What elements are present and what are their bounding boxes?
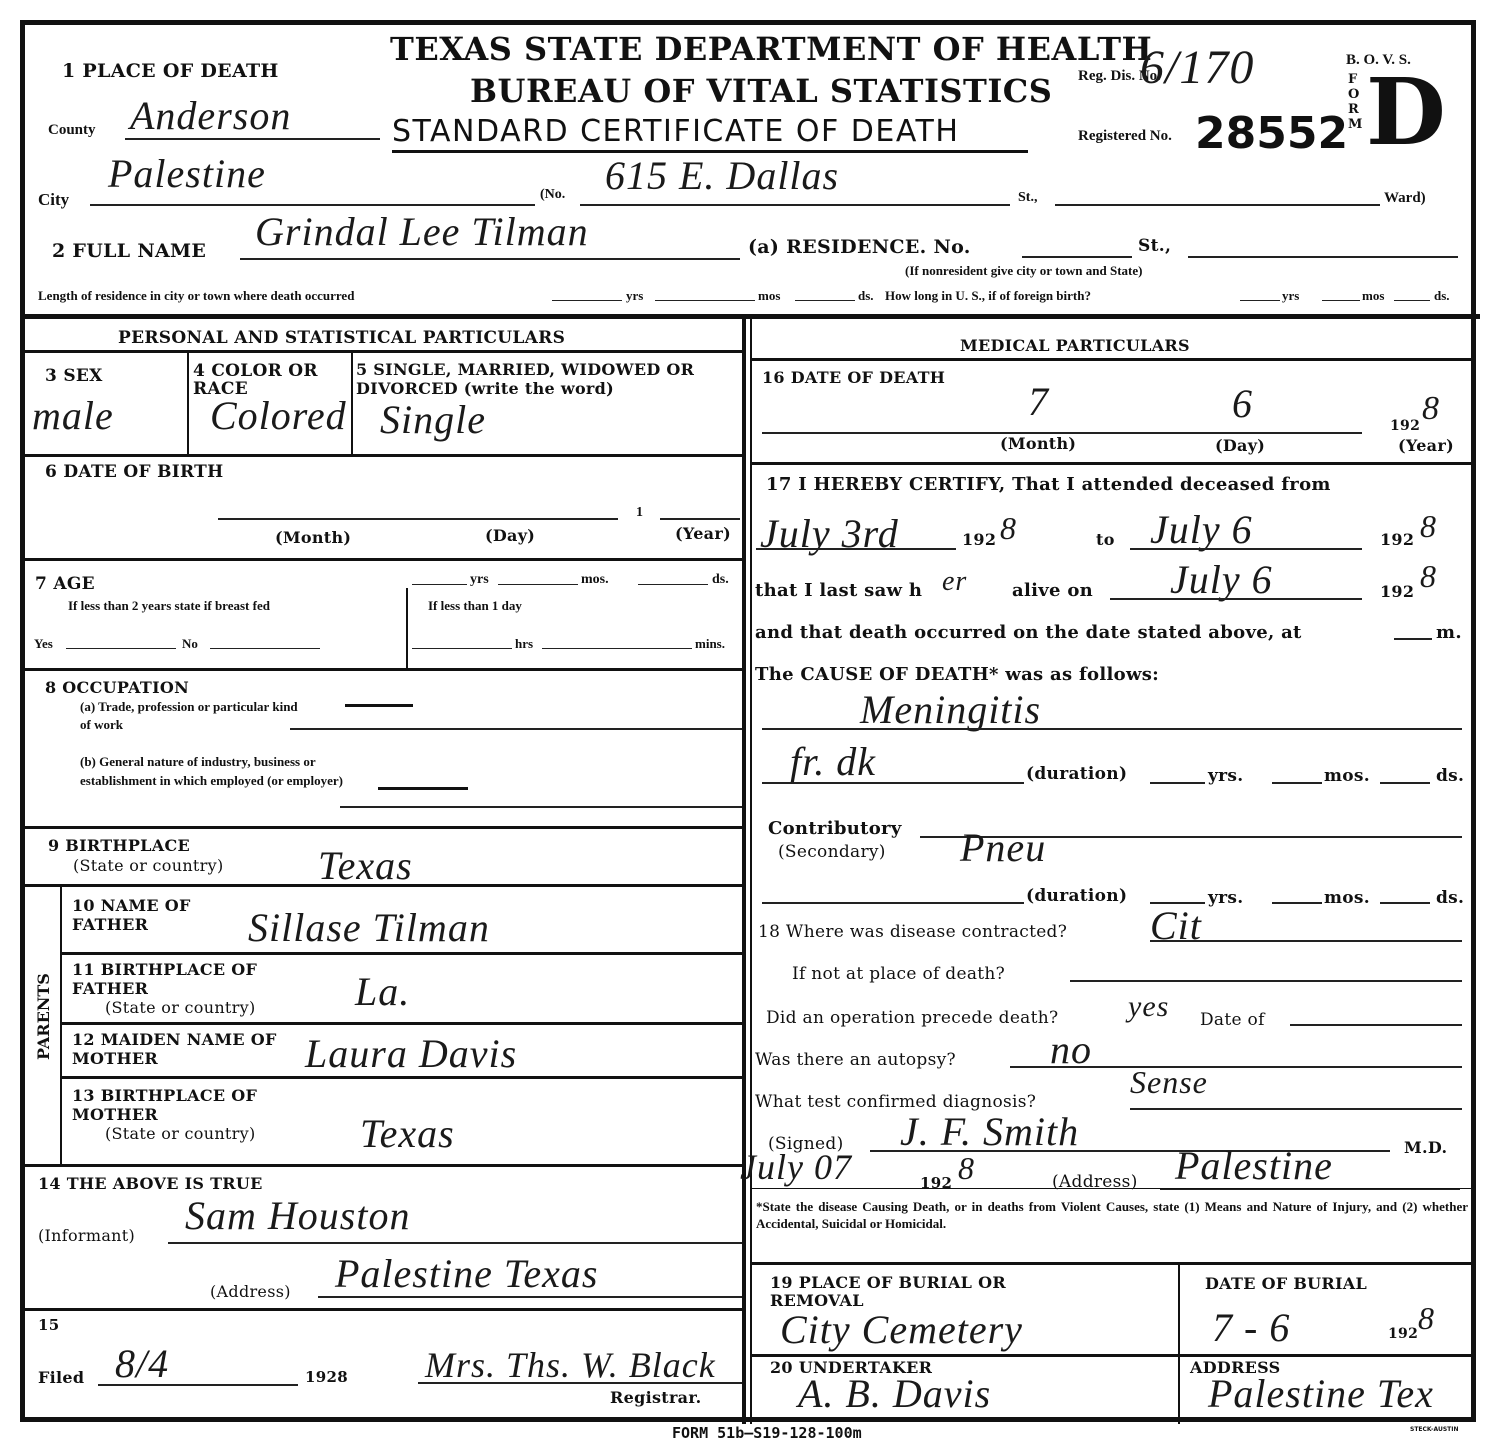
breast-fed-no-label: No [182, 636, 198, 652]
registered-number: 28552 [1195, 108, 1348, 159]
contrib-ds-label: ds. [1436, 888, 1464, 908]
full-name-label: 2 FULL NAME [52, 240, 206, 262]
form-letter: D [1366, 66, 1446, 158]
printer-mark: STECK-AUSTIN [1410, 1426, 1459, 1433]
st-label: St., [1018, 190, 1037, 206]
age-label: 7 AGE [35, 574, 95, 594]
foreign-birth-label: How long in U. S., if of foreign birth? [885, 288, 1091, 304]
to-year-prefix: 192 [1380, 530, 1414, 549]
filed-year: 1928 [305, 1368, 348, 1386]
father-birthplace-label: 11 BIRTHPLACE OF FATHER [72, 960, 272, 998]
attended-to-value[interactable]: July 6 [1150, 506, 1253, 553]
contrib-duration-label: (duration) [1026, 886, 1127, 906]
occupation-b-value[interactable] [378, 787, 468, 790]
medical-section-title: MEDICAL PARTICULARS [960, 336, 1190, 355]
certify-text: 17 I HEREBY CERTIFY, That I attended dec… [766, 474, 1331, 495]
title-bureau: BUREAU OF VITAL STATISTICS [470, 72, 1052, 110]
not-at-place-label: If not at place of death? [792, 964, 1005, 984]
birthplace-label: 9 BIRTHPLACE [48, 836, 190, 855]
father-name-value[interactable]: Sillase Tilman [248, 904, 490, 951]
to-year-value[interactable]: 8 [1420, 508, 1437, 545]
occupation-a-label: (a) Trade, profession or particular kind… [80, 698, 310, 734]
dod-year-value[interactable]: 8 [1422, 390, 1440, 428]
occupation-a-value[interactable] [345, 704, 413, 707]
physician-address-value[interactable]: Palestine [1175, 1142, 1333, 1189]
contrib-mos-label: mos. [1324, 888, 1370, 908]
dod-year-caption: (Year) [1398, 436, 1454, 455]
county-value[interactable]: Anderson [130, 92, 291, 139]
cause-mos-label: mos. [1324, 766, 1370, 786]
registrar-signature[interactable]: Mrs. Ths. W. Black [425, 1344, 716, 1386]
form-code: FORM 51b—S19-128-100m [672, 1424, 862, 1442]
father-name-label: 10 NAME OF FATHER [72, 896, 252, 934]
filed-number: 15 [38, 1316, 59, 1334]
test-value[interactable]: Sense [1130, 1064, 1208, 1101]
residence-st-label: St., [1138, 236, 1171, 256]
burial-year-prefix: 192 [1388, 1326, 1418, 1342]
age-yrs-label: yrs [470, 572, 489, 588]
contributory-label: Contributory [768, 818, 902, 839]
dob-label: 6 DATE OF BIRTH [45, 462, 223, 482]
foreign-ds-label: ds. [1434, 288, 1450, 304]
above-true-label: 14 THE ABOVE IS TRUE [38, 1174, 263, 1193]
burial-place-label: 19 PLACE OF BURIAL OR REMOVAL [770, 1274, 1090, 1310]
hrs-label: hrs [515, 636, 533, 652]
reg-dis-value: 6/170 [1140, 40, 1254, 95]
secondary-label: (Secondary) [778, 842, 886, 862]
contributory-value[interactable]: Pneu [960, 824, 1046, 871]
sex-label: 3 SEX [45, 366, 103, 386]
autopsy-label: Was there an autopsy? [755, 1050, 956, 1070]
last-saw-text: that I last saw h [755, 580, 922, 601]
breast-fed-yes-label: Yes [34, 636, 53, 652]
foreign-mos-label: mos [1362, 288, 1384, 304]
city-value[interactable]: Palestine [108, 150, 266, 197]
city-label: City [38, 190, 69, 210]
father-birthplace-sub: (State or country) [105, 998, 256, 1017]
operation-value[interactable]: yes [1128, 990, 1169, 1024]
alive-on-value[interactable]: July 6 [1170, 556, 1273, 603]
burial-year-value[interactable]: 8 [1418, 1300, 1435, 1337]
to-label: to [1096, 530, 1115, 549]
signed-date-value[interactable]: July 07 [740, 1146, 852, 1188]
cause-line2-value[interactable]: fr. dk [790, 738, 876, 785]
undertaker-value[interactable]: A. B. Davis [798, 1370, 991, 1417]
informant-label: (Informant) [38, 1226, 135, 1245]
death-occurred-text: and that death occurred on the date stat… [755, 622, 1302, 643]
mins-label: mins. [695, 636, 725, 652]
burial-date-label: DATE OF BURIAL [1205, 1274, 1367, 1293]
sex-value[interactable]: male [32, 392, 114, 439]
marital-label: 5 SINGLE, MARRIED, WIDOWED OR DIVORCED (… [356, 360, 744, 398]
registered-label: Registered No. [1078, 128, 1172, 145]
undertaker-address-value[interactable]: Palestine Tex [1208, 1370, 1434, 1417]
burial-date-value[interactable]: 7 - 6 [1212, 1304, 1290, 1351]
cause-duration-label: (duration) [1026, 764, 1127, 784]
dod-day-caption: (Day) [1215, 436, 1265, 455]
dod-label: 16 DATE OF DEATH [762, 368, 945, 387]
md-label: M.D. [1404, 1138, 1447, 1157]
father-birthplace-value[interactable]: La. [355, 968, 410, 1015]
dob-year-caption: (Year) [675, 524, 731, 543]
occupation-b-label: (b) General nature of industry, business… [80, 752, 360, 790]
death-time-m-label: m. [1436, 622, 1462, 643]
date-of-label: Date of [1200, 1010, 1265, 1030]
ward-label: Ward) [1384, 190, 1426, 207]
length-ds-label: ds. [858, 288, 874, 304]
physician-signature[interactable]: J. F. Smith [900, 1108, 1079, 1155]
signed-year-prefix: 192 [920, 1174, 952, 1192]
age-ds-label: ds. [712, 572, 729, 588]
cause-ds-label: ds. [1436, 766, 1464, 786]
cause-value[interactable]: Meningitis [860, 686, 1041, 733]
cause-yrs-label: yrs. [1208, 766, 1244, 786]
marital-value[interactable]: Single [380, 396, 486, 443]
dod-month-caption: (Month) [1000, 434, 1076, 453]
breast-fed-label: If less than 2 years state if breast fed [68, 598, 270, 614]
physician-address-label: (Address) [1052, 1172, 1138, 1192]
race-value[interactable]: Colored [210, 392, 347, 439]
informant-address-value[interactable]: Palestine Texas [335, 1250, 599, 1297]
cause-footnote: *State the disease Causing Death, or in … [756, 1198, 1468, 1232]
full-name-value[interactable]: Grindal Lee Tilman [255, 208, 589, 255]
informant-value[interactable]: Sam Houston [185, 1192, 410, 1239]
from-year-prefix: 192 [962, 530, 996, 549]
alive-year-value[interactable]: 8 [1420, 558, 1437, 595]
no-label: (No. [540, 187, 565, 203]
dod-year-prefix: 192 [1390, 418, 1420, 434]
length-residence-label: Length of residence in city or town wher… [38, 288, 354, 304]
title-certificate: STANDARD CERTIFICATE OF DEATH [392, 114, 959, 149]
mother-name-label: 12 MAIDEN NAME OF MOTHER [72, 1030, 292, 1068]
mother-birthplace-value[interactable]: Texas [360, 1110, 455, 1157]
dob-month-caption: (Month) [275, 528, 351, 547]
nonresident-note: (If nonresident give city or town and St… [905, 263, 1143, 279]
mother-birthplace-sub: (State or country) [105, 1124, 256, 1143]
cause-label: The CAUSE OF DEATH* was as follows: [755, 664, 1159, 685]
q18-label: 18 Where was disease contracted? [758, 922, 1067, 942]
less-one-day-label: If less than 1 day [428, 598, 522, 614]
length-mos-label: mos [758, 288, 780, 304]
mother-name-value[interactable]: Laura Davis [305, 1030, 517, 1077]
last-saw-pronoun[interactable]: er [942, 566, 967, 598]
birthplace-sub: (State or country) [73, 856, 224, 875]
occupation-label: 8 OCCUPATION [45, 678, 189, 697]
county-label: County [48, 122, 96, 139]
residence-label: (a) RESIDENCE. No. [748, 236, 971, 258]
title-dept: TEXAS STATE DEPARTMENT OF HEALTH [390, 30, 1152, 68]
alive-on-label: alive on [1012, 580, 1093, 601]
dob-day-caption: (Day) [485, 526, 535, 545]
operation-label: Did an operation precede death? [766, 1008, 1058, 1028]
filed-label: Filed [38, 1368, 84, 1387]
form-vertical-label: FORM [1348, 72, 1362, 132]
contrib-yrs-label: yrs. [1208, 888, 1244, 908]
dod-month-value[interactable]: 7 [1028, 378, 1049, 425]
signed-year-value[interactable]: 8 [958, 1150, 975, 1187]
foreign-yrs-label: yrs [1282, 288, 1299, 304]
informant-address-label: (Address) [210, 1282, 291, 1301]
burial-place-value[interactable]: City Cemetery [780, 1306, 1023, 1353]
birthplace-value[interactable]: Texas [318, 842, 413, 889]
length-yrs-label: yrs [626, 288, 643, 304]
mother-birthplace-label: 13 BIRTHPLACE OF MOTHER [72, 1086, 272, 1124]
from-year-value[interactable]: 8 [1000, 510, 1017, 547]
parents-side-label: PARENTS [34, 973, 53, 1060]
registrar-label: Registrar. [610, 1388, 701, 1407]
alive-year-prefix: 192 [1380, 582, 1414, 601]
filed-date-value[interactable]: 8/4 [115, 1340, 169, 1387]
dod-day-value[interactable]: 6 [1232, 380, 1253, 427]
street-value[interactable]: 615 E. Dallas [605, 152, 839, 199]
age-mos-label: mos. [581, 572, 609, 588]
place-of-death-label: 1 PLACE OF DEATH [62, 60, 279, 82]
dob-year-value[interactable]: 1 [636, 505, 643, 521]
personal-section-title: PERSONAL AND STATISTICAL PARTICULARS [118, 328, 565, 348]
